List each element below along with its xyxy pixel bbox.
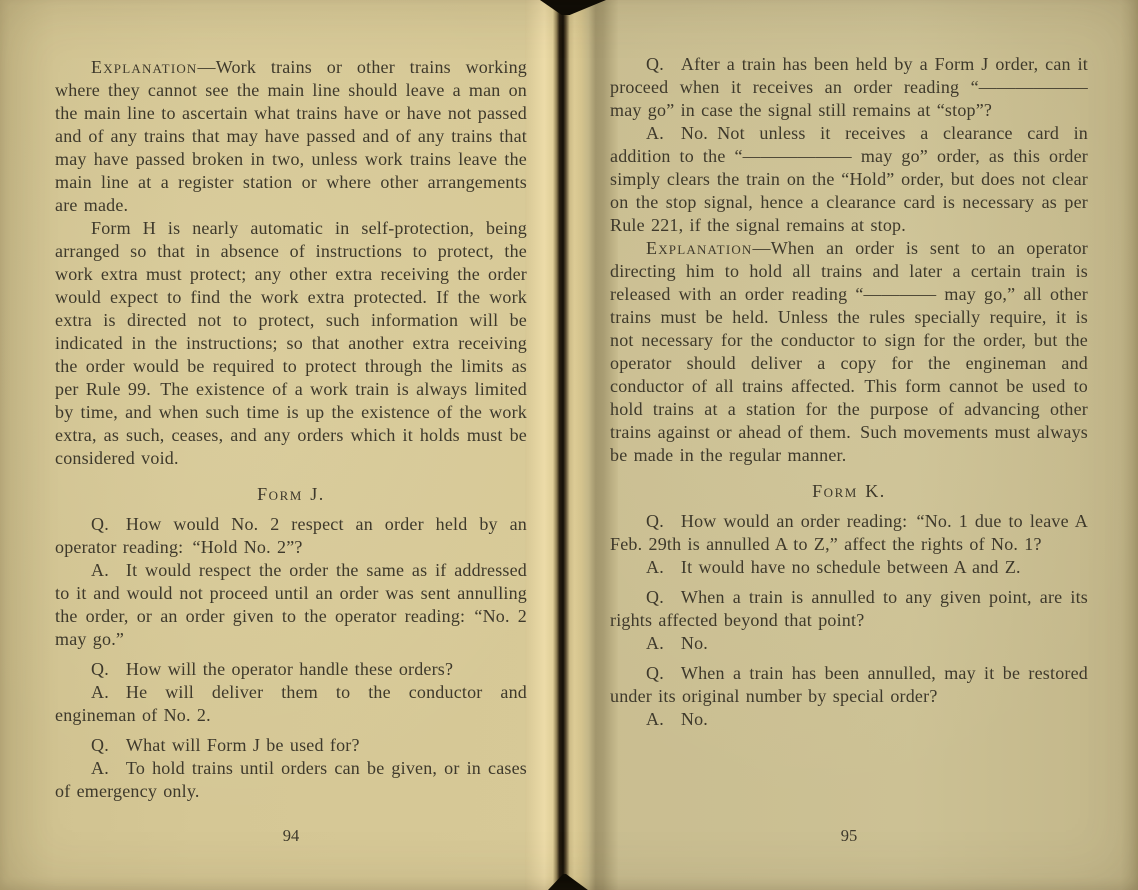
answer-label: A. xyxy=(91,560,109,580)
question-label: Q. xyxy=(646,663,664,683)
explanation-smallcaps: Explanation xyxy=(646,238,753,258)
page-number: 95 xyxy=(610,826,1088,846)
question-paragraph: Q.When a train has been annulled, may it… xyxy=(610,662,1088,708)
question-paragraph: Q.How would No. 2 respect an order held … xyxy=(55,513,527,559)
answer-label: A. xyxy=(646,557,664,577)
answer-paragraph: A.No. xyxy=(610,708,1088,731)
right-page-text-block: Q.After a train has been held by a Form … xyxy=(610,53,1088,731)
answer-text: He will deliver them to the conductor an… xyxy=(55,682,527,725)
answer-paragraph: A.To hold trains until orders can be giv… xyxy=(55,757,527,803)
question-paragraph: Q.How would an order reading: “No. 1 due… xyxy=(610,510,1088,556)
answer-text: No. xyxy=(681,633,708,653)
answer-label: A. xyxy=(91,682,109,702)
question-text: What will Form J be used for? xyxy=(126,735,360,755)
answer-paragraph: A.No. xyxy=(610,632,1088,655)
answer-label: A. xyxy=(646,633,664,653)
question-label: Q. xyxy=(646,511,664,531)
answer-paragraph: A.It would respect the order the same as… xyxy=(55,559,527,651)
explanation-smallcaps: Explanation xyxy=(91,57,198,77)
answer-text: No. Not unless it receives a clearance c… xyxy=(610,123,1088,235)
explanation-text: —Work trains or other trains working whe… xyxy=(55,57,527,215)
answer-label: A. xyxy=(646,123,664,143)
question-label: Q. xyxy=(91,735,109,755)
section-heading-form-k: Form K. xyxy=(610,480,1088,503)
answer-paragraph: A.He will deliver them to the conductor … xyxy=(55,681,527,727)
question-text: How will the operator handle these order… xyxy=(126,659,453,679)
question-text: How would an order reading: “No. 1 due t… xyxy=(610,511,1088,554)
answer-text: No. xyxy=(681,709,708,729)
question-text: How would No. 2 respect an order held by… xyxy=(55,514,527,557)
answer-paragraph: A.It would have no schedule between A an… xyxy=(610,556,1088,579)
question-paragraph: Q.What will Form J be used for? xyxy=(55,734,527,757)
question-label: Q. xyxy=(91,659,109,679)
answer-label: A. xyxy=(646,709,664,729)
book-spread: Explanation—Work trains or other trains … xyxy=(0,0,1138,890)
question-label: Q. xyxy=(91,514,109,534)
book-gutter-shadow xyxy=(525,0,618,890)
question-label: Q. xyxy=(646,54,664,74)
question-paragraph: Q.How will the operator handle these ord… xyxy=(55,658,527,681)
question-text: After a train has been held by a Form J … xyxy=(610,54,1088,120)
question-paragraph: Q.When a train is annulled to any given … xyxy=(610,586,1088,632)
question-text: When a train is annulled to any given po… xyxy=(610,587,1088,630)
left-page-text-block: Explanation—Work trains or other trains … xyxy=(55,56,527,803)
right-page: Q.After a train has been held by a Form … xyxy=(566,0,1138,890)
question-paragraph: Q.After a train has been held by a Form … xyxy=(610,53,1088,122)
explanation-text: —When an order is sent to an operator di… xyxy=(610,238,1088,465)
answer-paragraph: A.No. Not unless it receives a clearance… xyxy=(610,122,1088,237)
body-paragraph: Form H is nearly automatic in self-prote… xyxy=(55,217,527,470)
explanation-paragraph: Explanation—Work trains or other trains … xyxy=(55,56,527,217)
answer-label: A. xyxy=(91,758,109,778)
section-heading-form-j: Form J. xyxy=(55,483,527,506)
explanation-paragraph: Explanation—When an order is sent to an … xyxy=(610,237,1088,467)
left-page: Explanation—Work trains or other trains … xyxy=(0,0,566,890)
answer-text: To hold trains until orders can be given… xyxy=(55,758,527,801)
page-number: 94 xyxy=(55,826,527,846)
question-text: When a train has been annulled, may it b… xyxy=(610,663,1088,706)
question-label: Q. xyxy=(646,587,664,607)
answer-text: It would have no schedule between A and … xyxy=(681,557,1021,577)
answer-text: It would respect the order the same as i… xyxy=(55,560,527,649)
